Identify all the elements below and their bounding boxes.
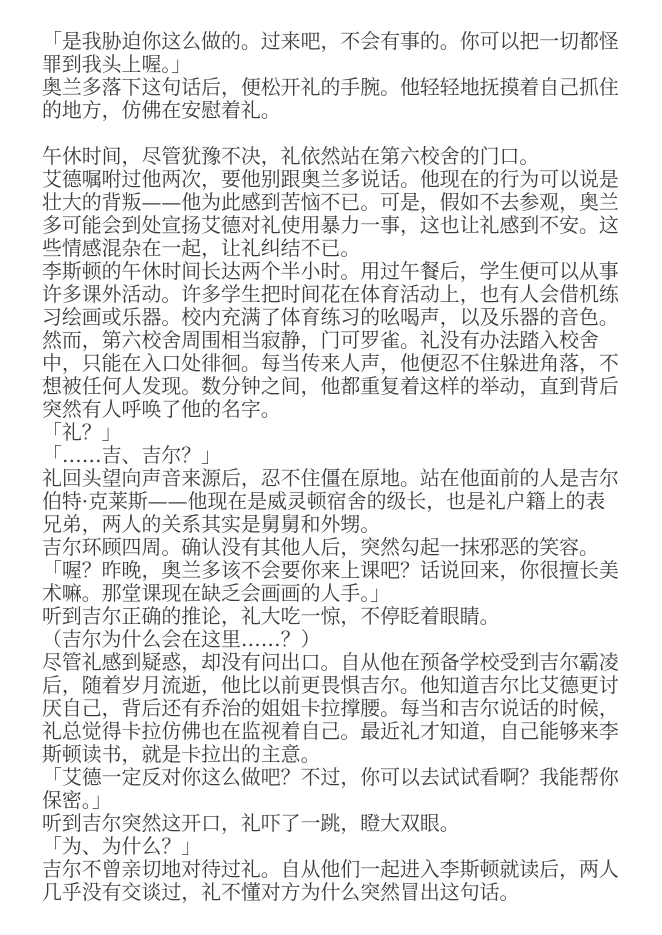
text-line: 午休时间，尽管犹豫不决，礼依然站在第六校舍的门口。 bbox=[42, 145, 624, 168]
text-line: 礼回头望向声音来源后，忍不住僵在原地。站在他面前的人是吉尔 bbox=[42, 467, 624, 490]
text-line: 「是我胁迫你这么做的。过来吧，不会有事的。你可以把一切都怪 bbox=[42, 30, 624, 53]
text-line: 许多课外活动。许多学生把时间花在体育活动上，也有人会借机练 bbox=[42, 283, 624, 306]
text-line: 然而，第六校舍周围相当寂静，门可罗雀。礼没有办法踏入校舍 bbox=[42, 329, 624, 352]
text-line: 「喔？昨晚，奥兰多该不会要你来上课吧？话说回来，你很擅长美 bbox=[42, 559, 624, 582]
text-line: 艾德嘱咐过他两次，要他别跟奥兰多说话。他现在的行为可以说是 bbox=[42, 168, 624, 191]
text-line: （吉尔为什么会在这里……？） bbox=[42, 628, 624, 651]
text-line: 保密。」 bbox=[42, 789, 624, 812]
text-line: 听到吉尔突然这开口，礼吓了一跳，瞪大双眼。 bbox=[42, 812, 624, 835]
text-line: 中，只能在入口处徘徊。每当传来人声，他便忍不住躲进角落，不 bbox=[42, 352, 624, 375]
text-line: 「礼？」 bbox=[42, 421, 624, 444]
text-line: 「……吉、吉尔？」 bbox=[42, 444, 624, 467]
text-line: 斯顿读书，就是卡拉出的主意。 bbox=[42, 743, 624, 766]
text-line: 吉尔环顾四周。确认没有其他人后，突然勾起一抹邪恶的笑容。 bbox=[42, 536, 624, 559]
text-line: 听到吉尔正确的推论，礼大吃一惊，不停眨着眼睛。 bbox=[42, 605, 624, 628]
ebook-page: 「是我胁迫你这么做的。过来吧，不会有事的。你可以把一切都怪罪到我头上喔。」奥兰多… bbox=[0, 0, 662, 935]
text-line: 兄弟，两人的关系其实是舅舅和外甥。 bbox=[42, 513, 624, 536]
blank-line bbox=[42, 122, 624, 145]
text-line: 的地方，仿佛在安慰着礼。 bbox=[42, 99, 624, 122]
text-line: 术嘛。那堂课现在缺乏会画画的人手。」 bbox=[42, 582, 624, 605]
text-line: 奥兰多落下这句话后，便松开礼的手腕。他轻轻地抚摸着自己抓住 bbox=[42, 76, 624, 99]
text-line: 尽管礼感到疑惑，却没有问出口。自从他在预备学校受到吉尔霸凌 bbox=[42, 651, 624, 674]
text-line: 突然有人呼唤了他的名字。 bbox=[42, 398, 624, 421]
text-line: 吉尔不曾亲切地对待过礼。自从他们一起进入李斯顿就读后，两人 bbox=[42, 858, 624, 881]
text-line: 几乎没有交谈过，礼不懂对方为什么突然冒出这句话。 bbox=[42, 881, 624, 904]
text-line: 李斯顿的午休时间长达两个半小时。用过午餐后，学生便可以从事 bbox=[42, 260, 624, 283]
text-line: 厌自己，背后还有乔治的姐姐卡拉撑腰。每当和吉尔说话的时候， bbox=[42, 697, 624, 720]
text-line: 些情感混杂在一起，让礼纠结不已。 bbox=[42, 237, 624, 260]
text-line: 罪到我头上喔。」 bbox=[42, 53, 624, 76]
text-line: 习绘画或乐器。校内充满了体育练习的吆喝声，以及乐器的音色。 bbox=[42, 306, 624, 329]
text-line: 想被任何人发现。数分钟之间，他都重复着这样的举动，直到背后 bbox=[42, 375, 624, 398]
text-line: 多可能会到处宣扬艾德对礼使用暴力一事，这也让礼感到不安。这 bbox=[42, 214, 624, 237]
text-line: 「为、为什么？」 bbox=[42, 835, 624, 858]
text-line: 伯特·克莱斯——他现在是威灵顿宿舍的级长，也是礼户籍上的表 bbox=[42, 490, 624, 513]
text-line: 礼总觉得卡拉仿佛也在监视着自己。最近礼才知道，自己能够来李 bbox=[42, 720, 624, 743]
text-line: 壮大的背叛——他为此感到苦恼不已。可是，假如不去参观，奥兰 bbox=[42, 191, 624, 214]
text-line: 「艾德一定反对你这么做吧？不过，你可以去试试看啊？我能帮你 bbox=[42, 766, 624, 789]
text-content: 「是我胁迫你这么做的。过来吧，不会有事的。你可以把一切都怪罪到我头上喔。」奥兰多… bbox=[42, 30, 624, 904]
text-line: 后，随着岁月流逝，他比以前更畏惧吉尔。他知道吉尔比艾德更讨 bbox=[42, 674, 624, 697]
